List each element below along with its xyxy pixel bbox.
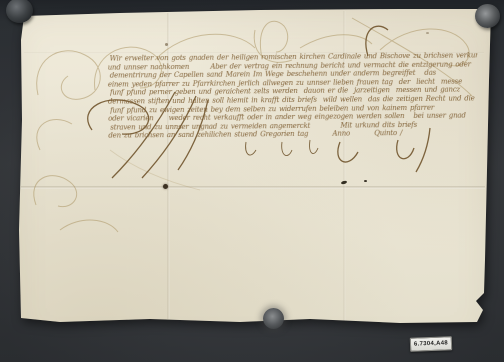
- fold-crease-horizontal-middle: [21, 186, 485, 189]
- ink-spot: [341, 180, 348, 184]
- ink-spot: [364, 180, 367, 182]
- ink-spot: [426, 32, 429, 34]
- pushpin-bottom-center-icon: [263, 308, 284, 329]
- handwritten-text-block: Wir erwelter von gots gnaden der heilige…: [108, 51, 477, 140]
- document-photo: Wir erwelter von gots gnaden der heilige…: [0, 0, 504, 362]
- ink-spot: [163, 184, 168, 189]
- manuscript-paper: Wir erwelter von gots gnaden der heilige…: [0, 0, 504, 362]
- paper-sheet: Wir erwelter von gots gnaden der heilige…: [0, 0, 504, 362]
- archive-label: 6.7304,A48: [410, 336, 452, 351]
- pushpin-top-right-icon: [475, 4, 500, 28]
- archive-label-text: 6.7304,A48: [414, 340, 448, 347]
- ink-spot: [165, 43, 168, 46]
